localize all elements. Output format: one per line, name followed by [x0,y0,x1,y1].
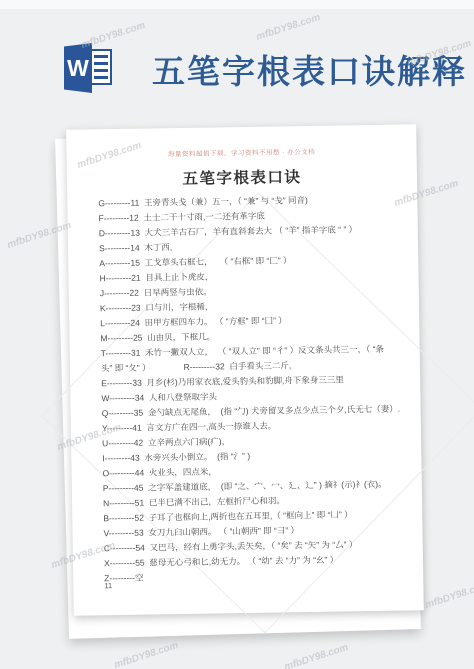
site-watermark-stamp: mfbDY98.com [283,642,350,669]
document-body: G---------11 王旁青头戋（兼）五一，（ “兼” 与 “戋” 同音)F… [98,191,417,586]
site-watermark-stamp: mfbDY98.com [113,640,180,669]
header: W 五笔字根表口诀解释 [0,0,474,118]
word-icon-page [90,49,112,85]
word-icon: W [64,41,118,95]
word-icon-letter: W [67,55,89,82]
word-icon-panel: W [64,43,92,93]
document-sheet[interactable]: 海量资料超值下载，学习资料不用愁 · 办公文档 五笔字根表口诀 G-------… [66,124,424,615]
watermark-text-line: 海量资料超值下载，学习资料不用愁 · 办公文档 [67,145,417,159]
document-title: 五笔字根表口诀 [67,163,417,190]
page-title: 五笔字根表口诀解释 [152,46,452,93]
page-number: 11 [104,581,112,590]
site-watermark-stamp: mfbDY98.com [424,580,474,611]
